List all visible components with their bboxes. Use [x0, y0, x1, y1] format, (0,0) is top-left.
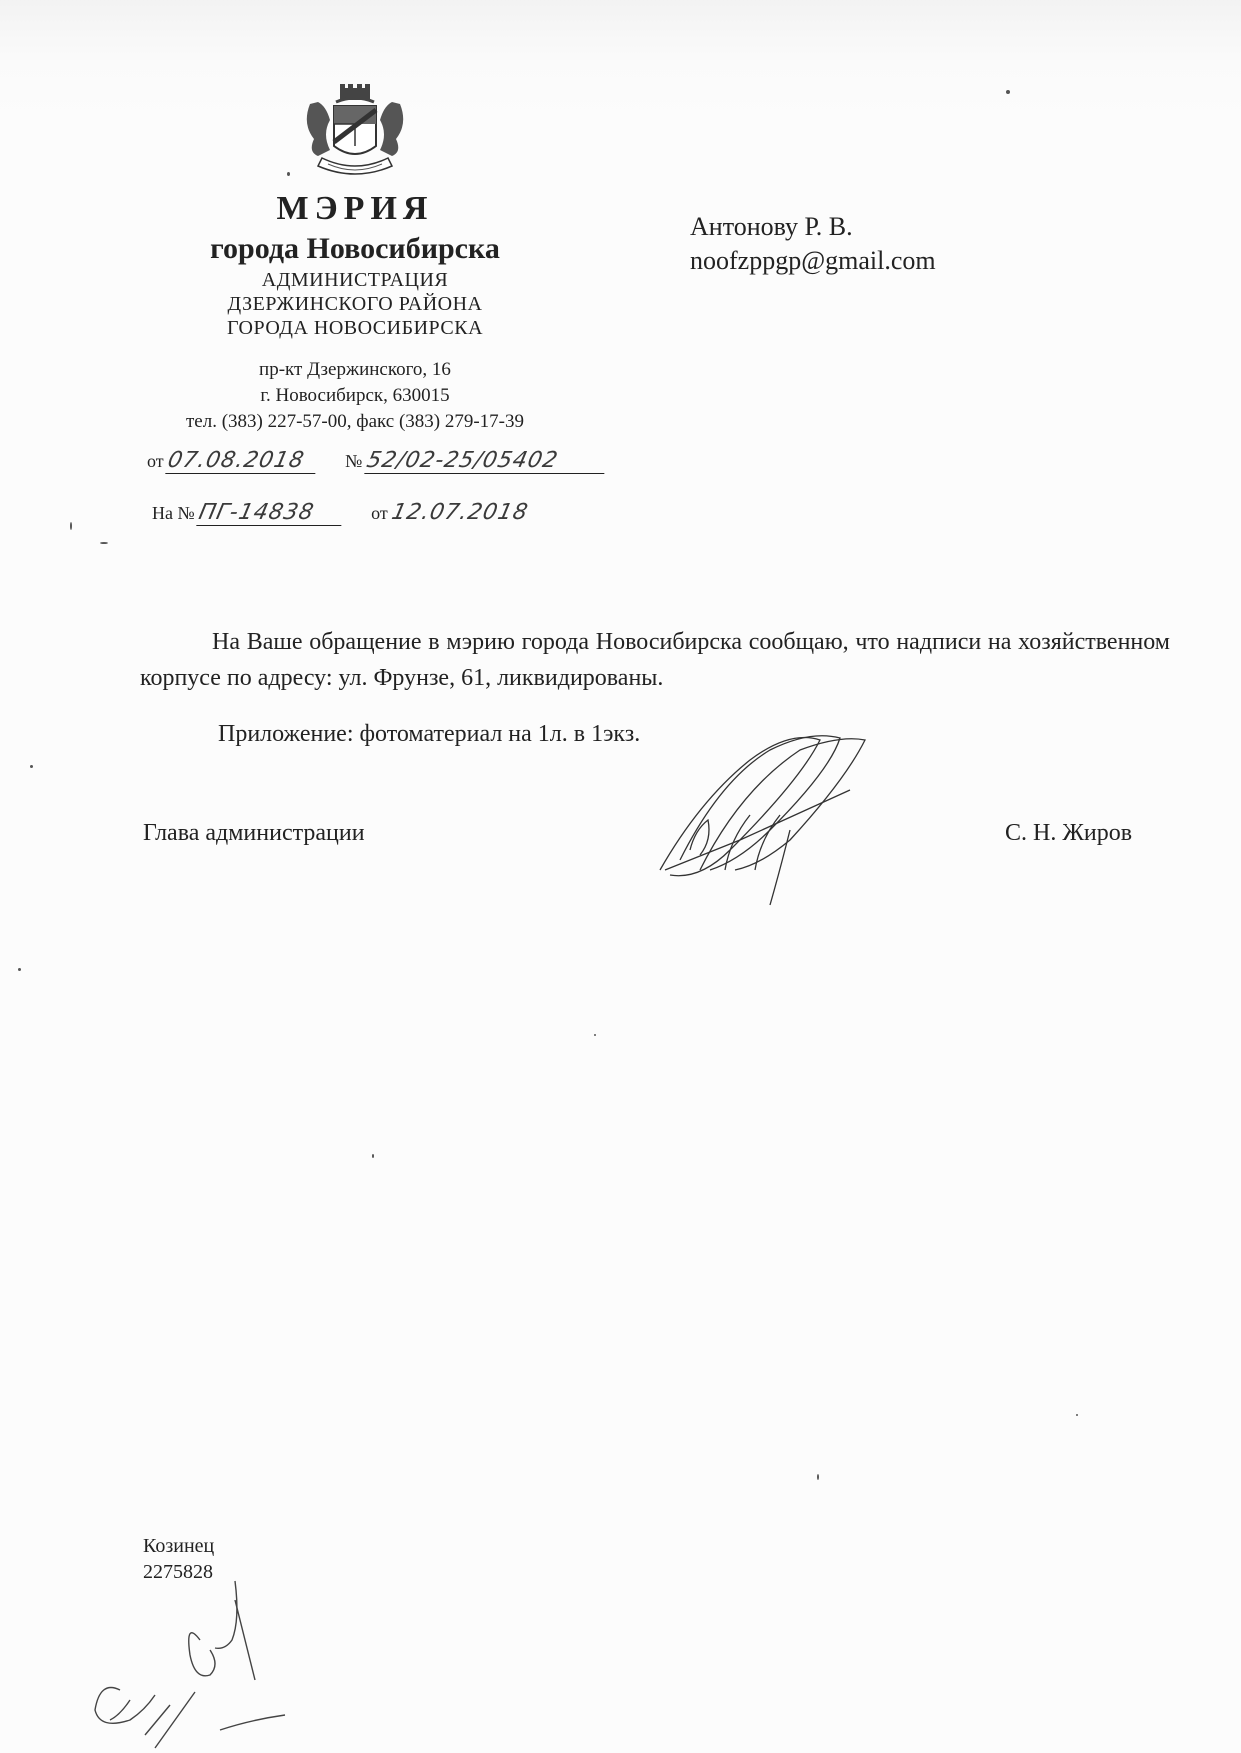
- department-line: АДМИНИСТРАЦИЯ: [140, 268, 570, 292]
- scanned-letter-page: МЭРИЯ города Новосибирска АДМИНИСТРАЦИЯ …: [0, 0, 1241, 1753]
- executor-block: Козинец 2275828: [143, 1533, 214, 1585]
- scan-speck: [594, 1034, 596, 1036]
- handwritten-visa-icon: [60, 1580, 340, 1750]
- scan-speck: [70, 522, 72, 530]
- outgoing-registration: от 07.08.2018 № 52/02-25/05402: [147, 448, 607, 474]
- executor-name: Козинец: [143, 1533, 214, 1559]
- body-paragraph: На Ваше обращение в мэрию города Новосиб…: [140, 629, 1170, 691]
- attachment-note: Приложение: фотоматериал на 1л. в 1экз.: [218, 721, 640, 748]
- scan-speck: [817, 1474, 819, 1480]
- outgoing-number: 52/02-25/05402: [364, 448, 610, 474]
- scan-speck: [100, 542, 108, 544]
- scan-speck: [1076, 1414, 1078, 1416]
- address-line: пр-кт Дзержинского, 16: [140, 357, 570, 383]
- recipient-block: Антонову Р. В. noofzppgp@gmail.com: [690, 210, 936, 278]
- coat-of-arms-icon: [300, 84, 410, 179]
- address-line: тел. (383) 227-57-00, факс (383) 279-17-…: [140, 409, 570, 435]
- from-label: от: [147, 451, 164, 471]
- reply-number: ПГ-14838: [196, 500, 347, 526]
- department-line: ДЗЕРЖИНСКОГО РАЙОНА: [140, 292, 570, 316]
- reply-from-label: от: [371, 503, 388, 523]
- scan-speck: [1006, 90, 1010, 94]
- recipient-name: Антонову Р. В.: [690, 210, 936, 244]
- scan-speck: [372, 1154, 374, 1158]
- recipient-email: noofzppgp@gmail.com: [690, 244, 936, 278]
- reply-date: 12.07.2018: [390, 500, 565, 525]
- org-city: города Новосибирска: [140, 232, 570, 266]
- signer-position: Глава администрации: [143, 820, 365, 847]
- number-label: №: [345, 451, 362, 471]
- scan-speck: [30, 765, 33, 768]
- letter-body: На Ваше обращение в мэрию города Новосиб…: [140, 624, 1170, 696]
- outgoing-date: 07.08.2018: [165, 448, 321, 474]
- reply-label: На №: [152, 503, 195, 523]
- address-line: г. Новосибирск, 630015: [140, 383, 570, 409]
- scan-speck: [18, 968, 21, 971]
- handwritten-signature-icon: [640, 720, 880, 910]
- incoming-registration: На № ПГ-14838 от 12.07.2018: [152, 500, 562, 526]
- signer-name: С. Н. Жиров: [1005, 820, 1132, 847]
- scan-speck: [287, 172, 290, 176]
- org-title: МЭРИЯ: [140, 190, 570, 228]
- department-line: ГОРОДА НОВОСИБИРСКА: [140, 316, 570, 340]
